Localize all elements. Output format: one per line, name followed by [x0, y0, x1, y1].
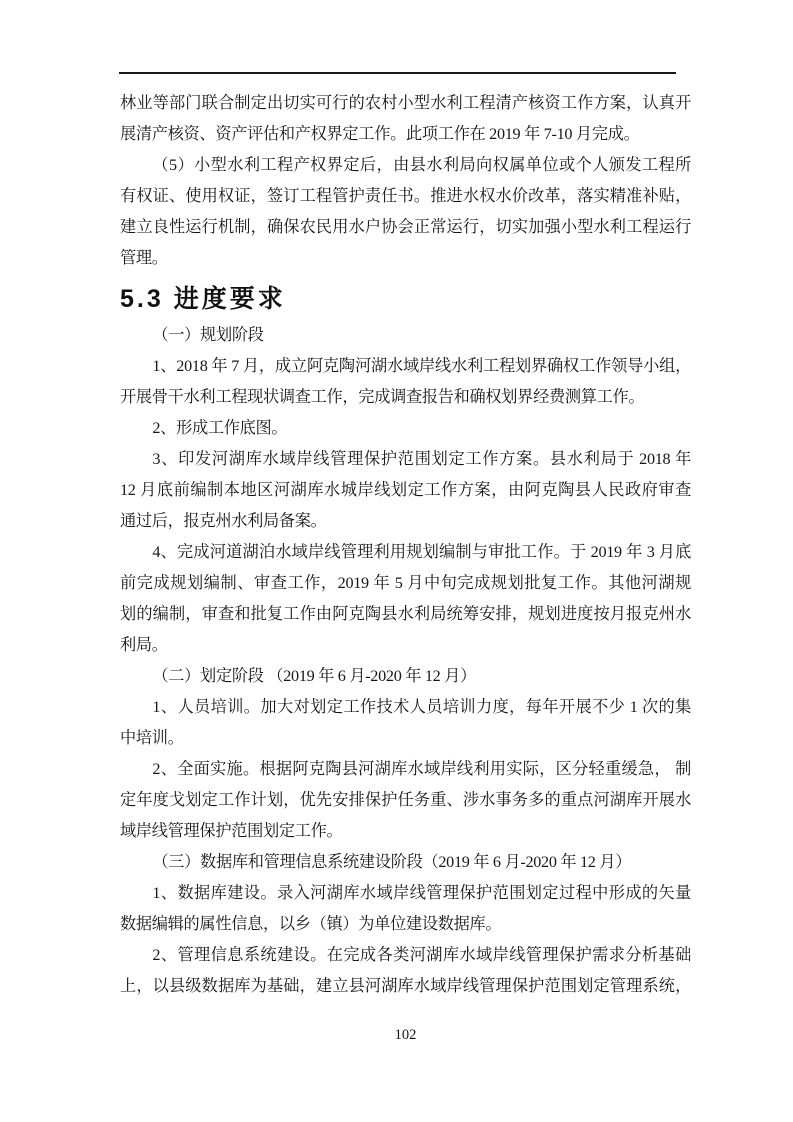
section-heading: 5.3 进度要求: [120, 278, 691, 320]
text-line: 3、印发河湖库水域岸线管理保护范围划定工作方案。县水利局于 2018 年: [120, 444, 691, 475]
text-line: 1、人员培训。加大对划定工作技术人员培训力度，每年开展不少 1 次的集: [120, 692, 691, 723]
text-line: 前完成规划编制、审查工作，2019 年 5 月中旬完成规划批复工作。其他河湖规: [120, 568, 691, 599]
text-line: （二）划定阶段 （2019 年 6 月-2020 年 12 月）: [120, 661, 691, 692]
text-line: 2、管理信息系统建设。在完成各类河湖库水域岸线管理保护需求分析基础: [120, 940, 691, 971]
text-line: 建立良性运行机制，确保农民用水户协会正常运行，切实加强小型水利工程运行: [120, 212, 691, 243]
text-line: 1、数据库建设。录入河湖库水域岸线管理保护范围划定过程中形成的矢量: [120, 878, 691, 909]
text-line: 数据编辑的属性信息，以乡（镇）为单位建设数据库。: [120, 909, 691, 940]
text-line: 域岸线管理保护范围划定工作。: [120, 816, 691, 847]
document-body: 林业等部门联合制定出切实可行的农村小型水利工程清产核资工作方案，认真开展清产核资…: [120, 88, 691, 1002]
text-line: 展清产核资、资产评估和产权界定工作。此项工作在 2019 年 7-10 月完成。: [120, 119, 691, 150]
text-line: 林业等部门联合制定出切实可行的农村小型水利工程清产核资工作方案，认真开: [120, 88, 691, 119]
text-line: 定年度戈划定工作计划，优先安排保护任务重、涉水事务多的重点河湖库开展水: [120, 785, 691, 816]
page-number: 102: [395, 1027, 417, 1043]
text-line: 2、形成工作底图。: [120, 413, 691, 444]
text-line: 开展骨干水利工程现状调查工作，完成调查报告和确权划界经费测算工作。: [120, 382, 691, 413]
text-line: 2、全面实施。根据阿克陶县河湖库水域岸线利用实际，区分轻重缓急， 制: [120, 754, 691, 785]
text-line: （三）数据库和管理信息系统建设阶段（2019 年 6 月-2020 年 12 月…: [120, 847, 691, 878]
text-line: 有权证、使用权证，签订工程管护责任书。推进水权水价改革，落实精准补贴，: [120, 181, 691, 212]
header-rule: [119, 72, 676, 74]
text-line: 上，以县级数据库为基础，建立县河湖库水域岸线管理保护范围划定管理系统，: [120, 971, 691, 1002]
text-line: 4、完成河道湖泊水域岸线管理利用规划编制与审批工作。于 2019 年 3 月底: [120, 537, 691, 568]
text-line: （一）规划阶段: [120, 320, 691, 351]
text-line: 利局。: [120, 630, 691, 661]
text-line: （5）小型水利工程产权界定后，由县水利局向权属单位或个人颁发工程所: [120, 150, 691, 181]
text-line: 划的编制，审查和批复工作由阿克陶县水利局统筹安排，规划进度按月报克州水: [120, 599, 691, 630]
text-line: 管理。: [120, 243, 691, 274]
text-line: 通过后，报克州水利局备案。: [120, 506, 691, 537]
text-line: 12 月底前编制本地区河湖库水城岸线划定工作方案，由阿克陶县人民政府审查: [120, 475, 691, 506]
page-footer: 102: [120, 1027, 691, 1043]
text-line: 1、2018 年 7 月，成立阿克陶河湖水域岸线水利工程划界确权工作领导小组，: [120, 351, 691, 382]
text-line: 中培训。: [120, 723, 691, 754]
